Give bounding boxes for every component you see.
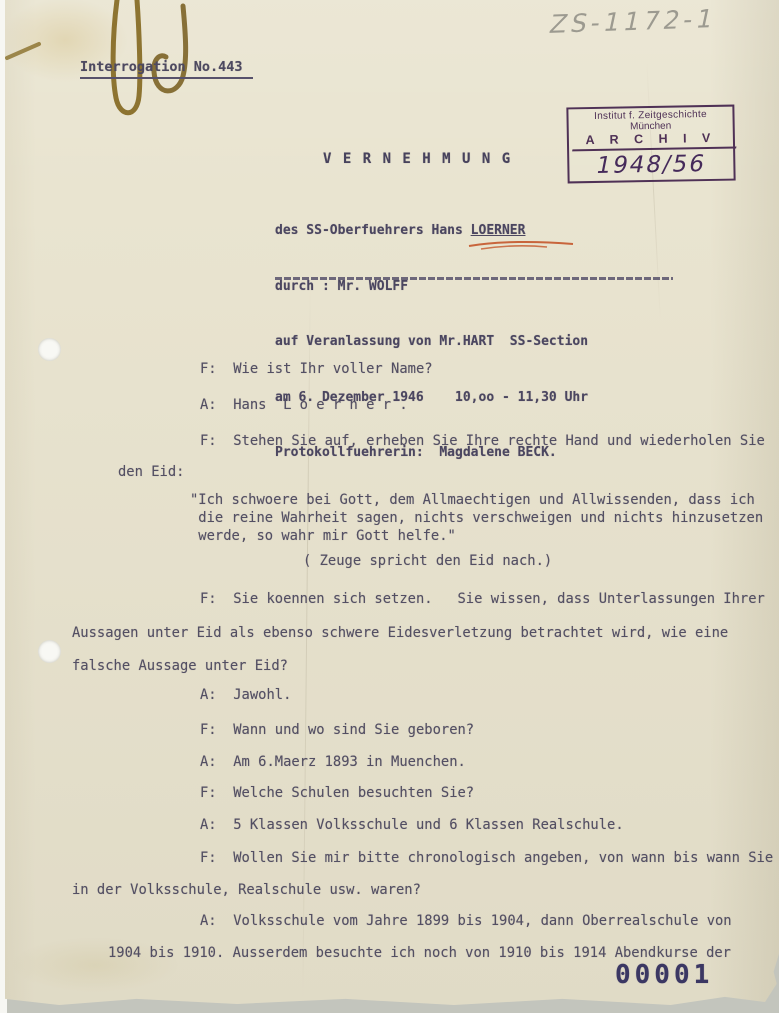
typed-line: A: Hans L o e r n e r . bbox=[200, 396, 408, 414]
typed-line: F: Welche Schulen besuchten Sie? bbox=[200, 784, 474, 802]
typed-line: F: Wollen Sie mir bitte chronologisch an… bbox=[200, 849, 773, 867]
interrogation-transcript: F: Wie ist Ihr voller Name?A: Hans L o e… bbox=[5, 0, 779, 1008]
document-page: Interrogation No.443 ZS-1172-1 Institut … bbox=[5, 0, 779, 1008]
typed-line: "Ich schwoere bei Gott, dem Allmaechtige… bbox=[190, 491, 755, 509]
typed-line: F: Stehen Sie auf, erheben Sie Ihre rech… bbox=[200, 432, 765, 450]
typed-line: falsche Aussage unter Eid? bbox=[72, 657, 288, 675]
typed-line: Aussagen unter Eid als ebenso schwere Ei… bbox=[72, 624, 728, 642]
typed-line: werde, so wahr mir Gott helfe." bbox=[190, 527, 456, 545]
typed-line: A: 5 Klassen Volksschule und 6 Klassen R… bbox=[200, 816, 624, 834]
typed-line: ( Zeuge spricht den Eid nach.) bbox=[303, 552, 552, 570]
typed-line: A: Volksschule vom Jahre 1899 bis 1904, … bbox=[200, 912, 732, 930]
typed-line: F: Wie ist Ihr voller Name? bbox=[200, 360, 433, 378]
typed-line: A: Am 6.Maerz 1893 in Muenchen. bbox=[200, 753, 466, 771]
page-number-stamp: 00001 bbox=[615, 960, 713, 990]
typed-line: F: Sie koennen sich setzen. Sie wissen, … bbox=[200, 590, 765, 608]
typed-line: den Eid: bbox=[118, 463, 184, 481]
typed-line: die reine Wahrheit sagen, nichts verschw… bbox=[190, 509, 763, 527]
typed-line: in der Volksschule, Realschule usw. ware… bbox=[72, 881, 421, 899]
typed-line: A: Jawohl. bbox=[200, 686, 291, 704]
typed-line: F: Wann und wo sind Sie geboren? bbox=[200, 721, 474, 739]
